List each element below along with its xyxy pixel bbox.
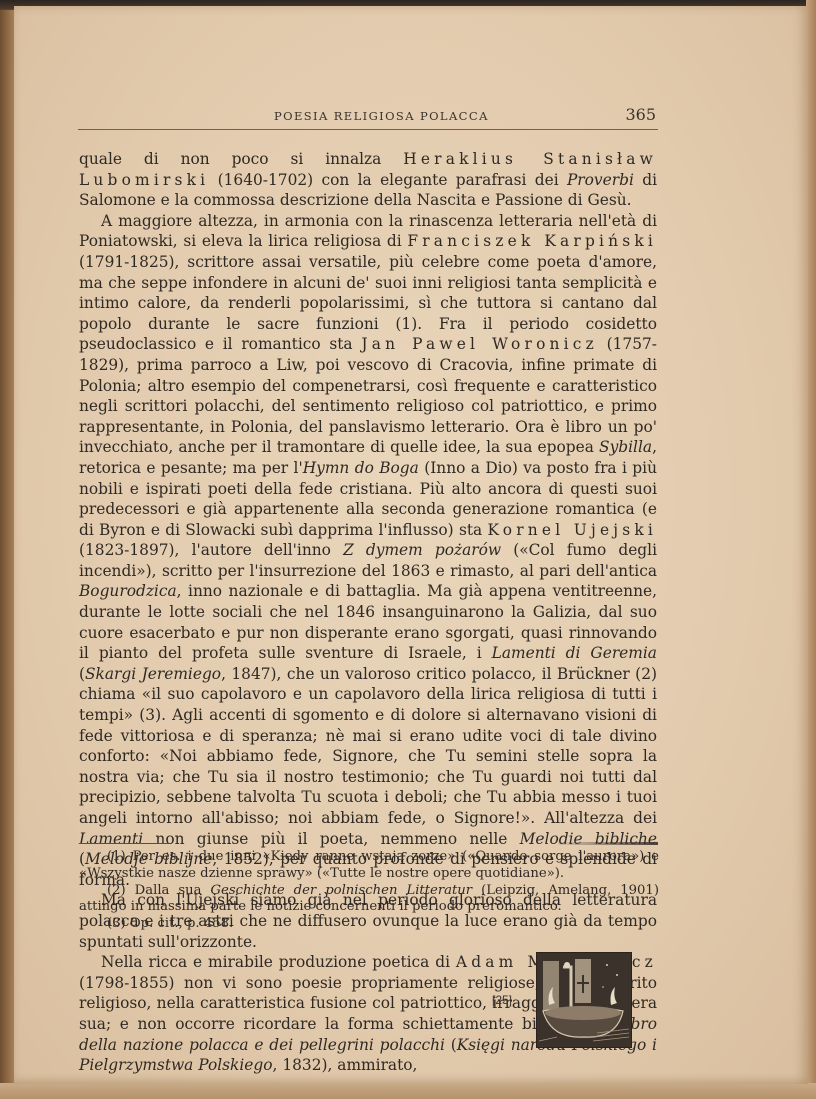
paragraph: A maggiore altezza, in armonia con la ri…	[79, 211, 657, 891]
book-bottom-edge	[0, 1083, 816, 1099]
work-title: Lamenti	[79, 830, 143, 848]
page-number: 365	[625, 105, 656, 124]
running-title: Poesia religiosa polacca	[274, 109, 489, 123]
woodcut-lamp-icon	[536, 952, 632, 1048]
ink-smudge	[558, 842, 658, 845]
signature-mark: [25]	[492, 993, 512, 1007]
footnote-1: (1) Per es. i due inni «Kiedy ranne wsta…	[79, 849, 659, 883]
paragraph: quale di non poco si innalza Heraklius S…	[79, 149, 657, 211]
footnotes: (1) Per es. i due inni «Kiedy ranne wsta…	[79, 849, 659, 933]
author-name: Franciszek Karpiński	[407, 232, 657, 250]
work-title: Hymn do Boga	[303, 459, 419, 477]
author-name: Kornel Ujejski	[487, 521, 657, 539]
work-title: Sybilla	[599, 438, 652, 456]
work-title: Bogurodzica	[79, 582, 177, 600]
work-title: Skargi Jeremiego	[85, 665, 221, 683]
work-title: Z dymem pożarów	[343, 541, 501, 559]
footnote-2: (2) Dalla sua Geschichte der polnischen …	[79, 883, 659, 917]
work-title: Proverbi	[567, 171, 634, 189]
running-header: Poesia religiosa polacca 365	[78, 107, 658, 130]
footnote-separator	[79, 843, 169, 844]
work-title: Lamenti di Geremia	[492, 644, 657, 662]
footnote-3: (3) Op. cit., p. 458.	[79, 916, 659, 933]
main-text: quale di non poco si innalza Heraklius S…	[79, 149, 657, 1076]
author-name: Jan Pawel Woronicz	[361, 335, 598, 353]
